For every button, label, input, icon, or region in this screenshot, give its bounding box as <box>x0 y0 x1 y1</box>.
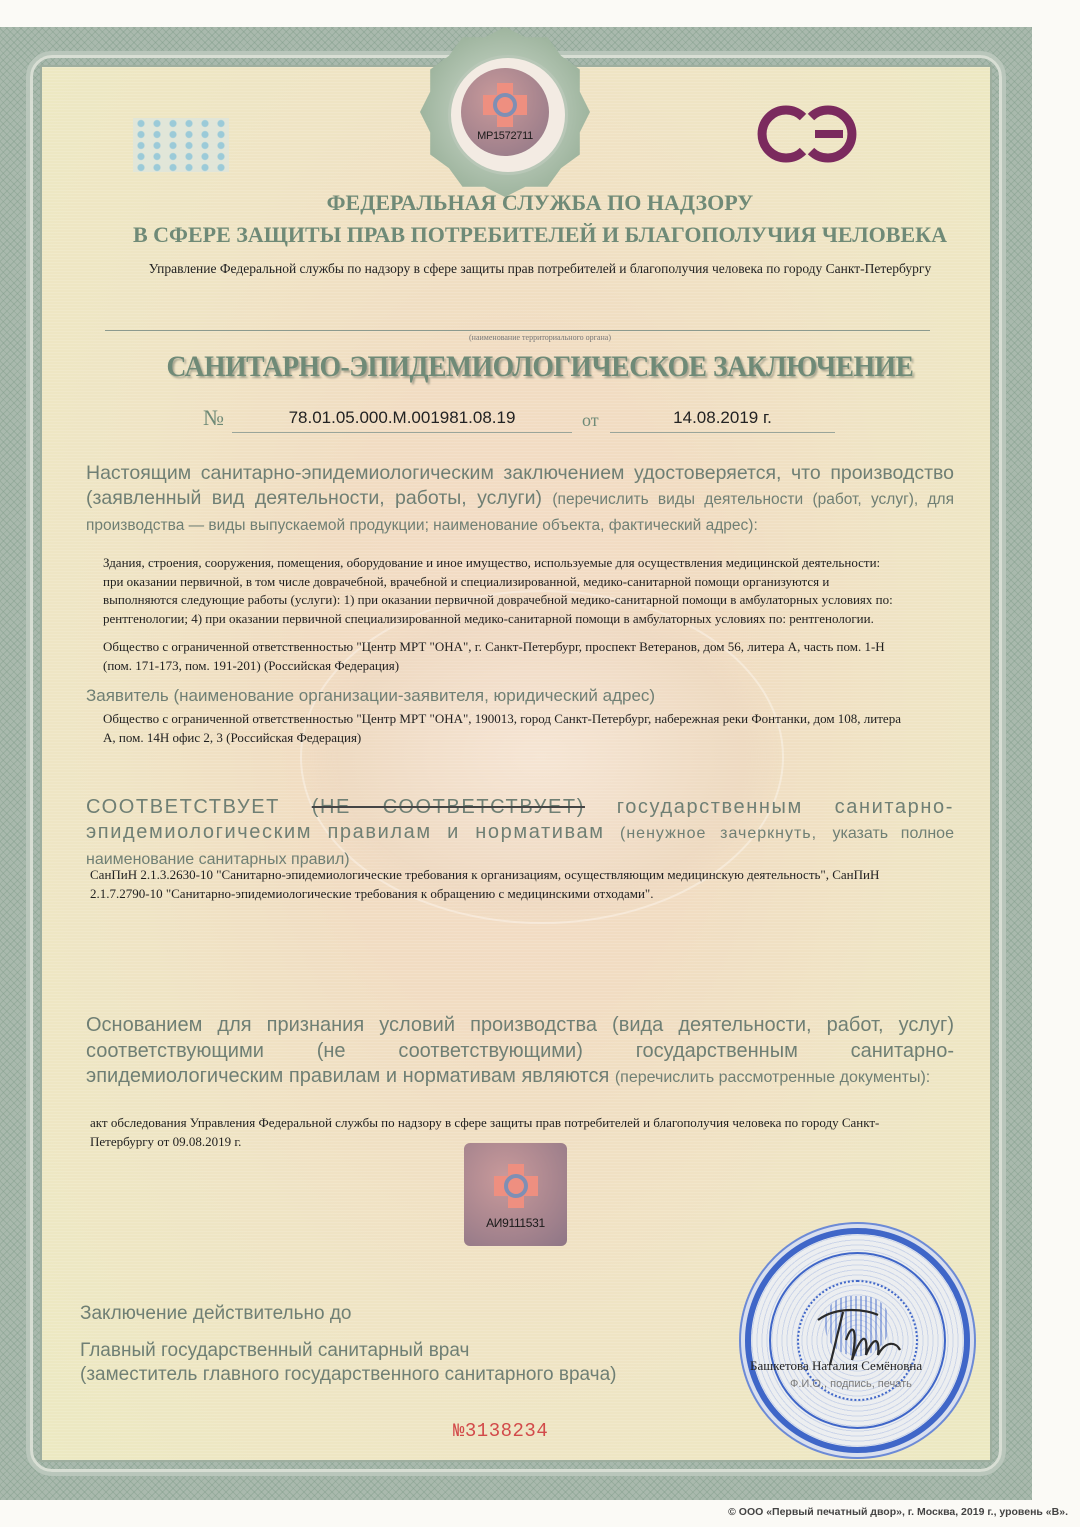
basis-hint: (перечислить рассмотренные документы): <box>615 1069 930 1086</box>
not-complies-struck: (НЕ СООТВЕТСТВУЕТ) <box>312 796 585 818</box>
bottom-hologram-sticker: АИ9111531 <box>464 1143 567 1246</box>
c-mark-icon <box>504 1174 528 1198</box>
document-title: САНИТАРНО-ЭПИДЕМИОЛОГИЧЕСКОЕ ЗАКЛЮЧЕНИЕ <box>43 350 1037 384</box>
sanitary-rules-text: СанПиН 2.1.3.2630-10 "Санитарно-эпидемио… <box>90 866 890 903</box>
chief-doctor-title: Главный государственный санитарный врач <box>80 1340 469 1362</box>
applicant-hint: (наименование организации-заявителя, юри… <box>173 686 655 705</box>
number-label: № <box>203 405 224 431</box>
top-hologram-serial: МР1572711 <box>461 130 549 142</box>
valid-until-label: Заключение действительно до <box>80 1303 351 1325</box>
divider <box>105 330 930 331</box>
applicant-lead: Заявитель <box>86 686 169 705</box>
se-brand-logo-icon <box>757 103 857 165</box>
territorial-body-caption: (наименование территориального органа) <box>0 333 1080 342</box>
territorial-body: Управление Федеральной службы по надзору… <box>120 260 960 278</box>
top-hologram-sticker: МР1572711 <box>461 68 549 156</box>
compliance-section-heading: СООТВЕТСТВУЕТ (НЕ СООТВЕТСТВУЕТ) государ… <box>86 795 954 872</box>
c-mark-icon <box>493 93 517 117</box>
deputy-chief-doctor-title: (заместитель главного государственного с… <box>80 1364 616 1386</box>
basis-section-heading: Основанием для признания условий произво… <box>86 1013 954 1091</box>
signer-caption: Ф.И.О., подпись, печать <box>790 1378 912 1390</box>
date-label: от <box>582 410 599 431</box>
bottom-hologram-serial: АИ9111531 <box>464 1216 567 1230</box>
agency-name-line1: ФЕДЕРАЛЬНАЯ СЛУЖБА ПО НАДЗОРУ <box>0 190 1080 216</box>
agency-name-line2: В СФЕРЕ ЗАЩИТЫ ПРАВ ПОТРЕБИТЕЛЕЙ И БЛАГО… <box>0 222 1080 248</box>
applicant-section-heading: Заявитель (наименование организации-заяв… <box>86 683 954 708</box>
compliance-hint-1: (ненужное зачеркнуть, <box>620 825 817 842</box>
activity-section-heading: Настоящим санитарно-эпидемиологическим з… <box>86 461 954 538</box>
document-date: 14.08.2019 г. <box>610 408 835 433</box>
complies-word: СООТВЕТСТВУЕТ <box>86 796 280 818</box>
printer-imprint: © ООО «Первый печатный двор», г. Москва,… <box>728 1506 1068 1518</box>
activity-text: Здания, строения, сооружения, помещения,… <box>103 554 903 628</box>
signer-name: Башкетова Наталия Семёновна <box>750 1358 922 1374</box>
activity-address: Общество с ограниченной ответственностью… <box>103 638 903 675</box>
blank-serial-number: №3138234 <box>453 1420 548 1442</box>
microprint-pattern <box>133 118 229 172</box>
applicant-text: Общество с ограниченной ответственностью… <box>103 710 903 747</box>
document-number: 78.01.05.000.М.001981.08.19 <box>232 408 572 433</box>
